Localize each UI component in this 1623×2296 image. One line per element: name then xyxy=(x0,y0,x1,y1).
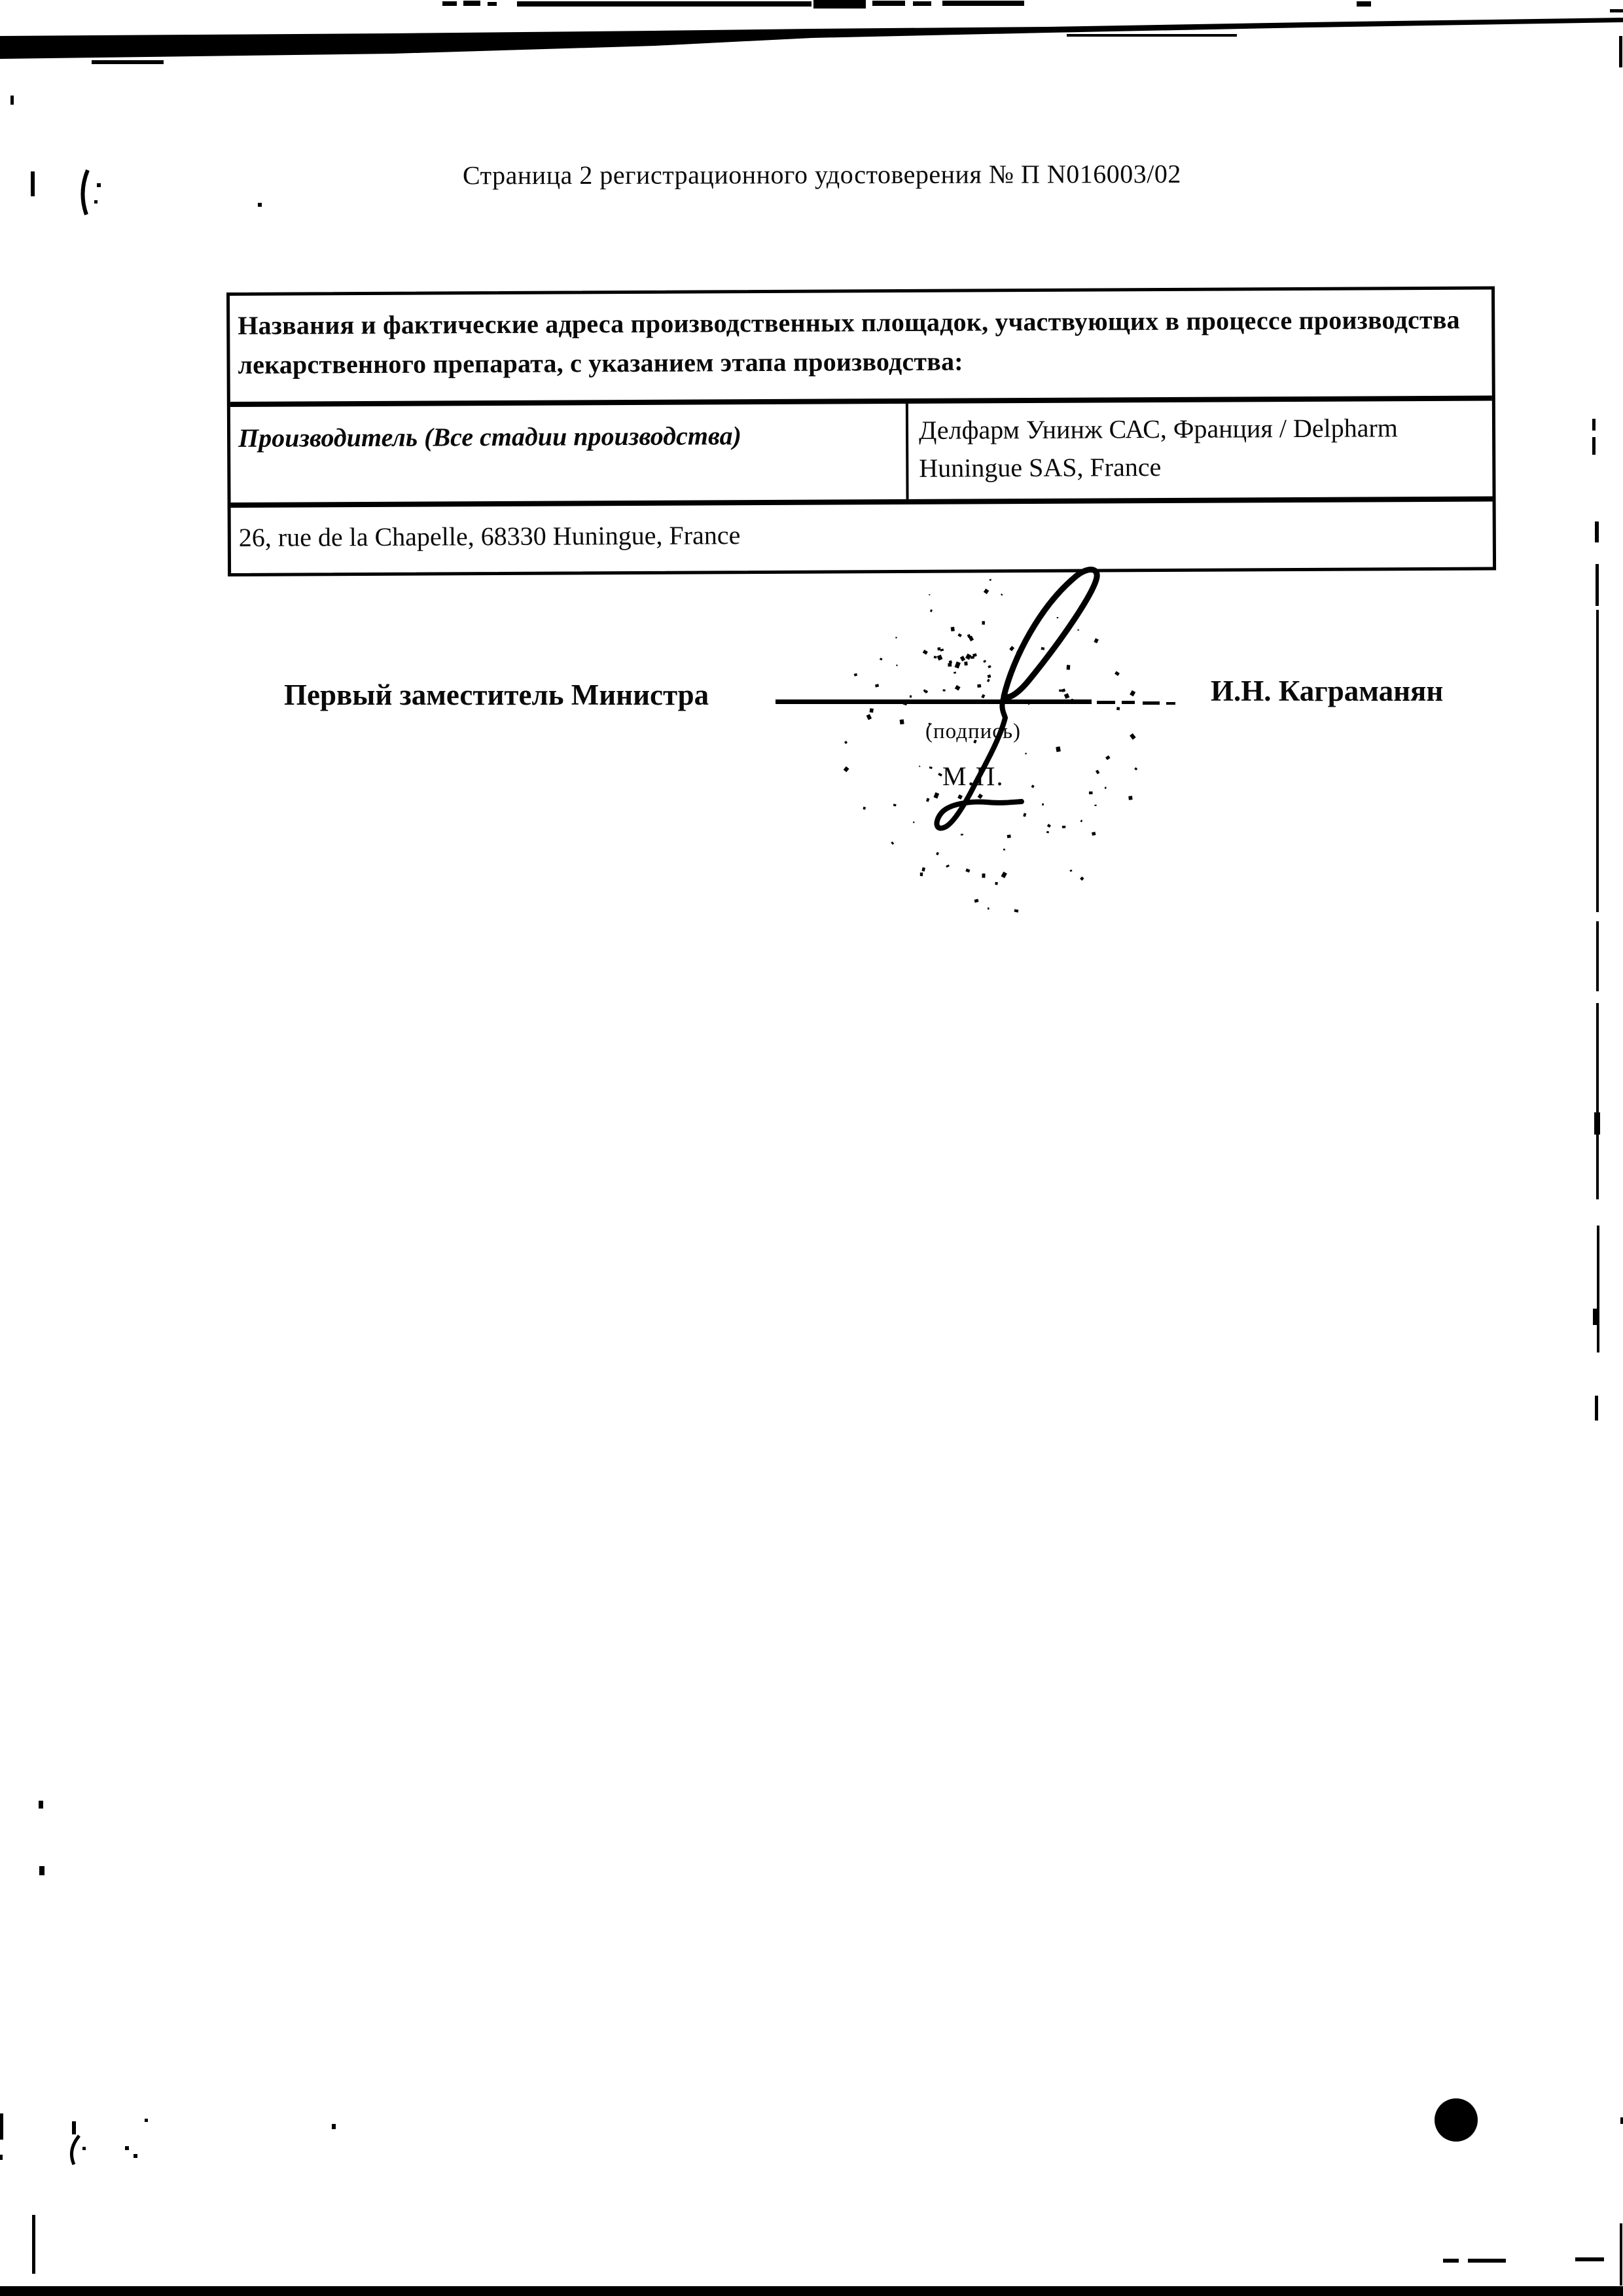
stamp-speckle xyxy=(1130,733,1136,740)
scan-mark xyxy=(1575,2257,1604,2261)
scan-mark xyxy=(942,1,1024,6)
stamp-speckle xyxy=(995,882,997,885)
stamp-speckle xyxy=(1105,755,1110,760)
stamp-speckle xyxy=(969,800,972,803)
stamp-speckle xyxy=(896,664,898,666)
stamp-speckle xyxy=(919,766,921,768)
stamp-speckle xyxy=(900,719,904,724)
scan-mark xyxy=(1596,1003,1599,1199)
bottom-scan-bar xyxy=(0,2286,1623,2296)
scan-mark xyxy=(145,2119,148,2122)
scan-mark xyxy=(39,1801,43,1809)
stamp-speckle xyxy=(1130,690,1135,696)
margin-curve-mark xyxy=(82,170,88,215)
scan-mark xyxy=(332,2124,336,2129)
signature-line-dash xyxy=(1122,701,1135,704)
manufacturing-sites-table: Названия и фактические адреса производст… xyxy=(226,287,1496,576)
stamp-speckle xyxy=(1047,824,1051,828)
stamp-speckle xyxy=(920,873,923,876)
signatory-title: Первый заместитель Министра xyxy=(284,678,709,712)
stamp-speckle xyxy=(891,841,894,845)
stamp-speckle xyxy=(1025,752,1027,754)
stamp-speckle xyxy=(957,633,961,637)
signature-caption: (подпись) xyxy=(925,720,1021,744)
stamp-speckle xyxy=(1128,796,1132,800)
stamp-speckle xyxy=(844,766,849,772)
stamp-speckle xyxy=(989,751,993,755)
scan-mark xyxy=(1592,419,1596,431)
stamp-speckle xyxy=(1077,629,1079,631)
scan-mark xyxy=(1620,2117,1623,2124)
stamp-speckle xyxy=(974,899,978,903)
stamp-speckle xyxy=(910,696,912,698)
stamp-speckle xyxy=(1001,593,1003,595)
stamp-speckle xyxy=(987,679,990,682)
stamp-speckle xyxy=(954,671,956,673)
stamp-speckle xyxy=(988,908,990,910)
producer-role-cell: Производитель (Все стадии производства) xyxy=(230,404,909,503)
stamp-speckle xyxy=(949,660,952,663)
stamp-speckle xyxy=(1062,826,1065,828)
stamp-speckle xyxy=(1027,701,1031,705)
scan-mark xyxy=(1596,921,1599,991)
stamp-speckle xyxy=(866,714,872,720)
stamp-speckle xyxy=(929,594,930,595)
signature-line-dash xyxy=(1166,702,1175,705)
stamp-speckle xyxy=(937,654,943,660)
stamp-speckle xyxy=(1007,834,1011,838)
stamp-speckle xyxy=(961,834,963,836)
stamp-speckle xyxy=(895,637,897,638)
stamp-speckle xyxy=(1116,707,1120,710)
scan-mark xyxy=(1595,521,1599,542)
stamp-speckle xyxy=(957,794,963,800)
stamp-speckle xyxy=(1079,606,1081,608)
stamp-speckle xyxy=(923,689,926,692)
stamp-speckle xyxy=(982,874,985,878)
table-row: Производитель (Все стадии производства) … xyxy=(230,401,1493,508)
scan-mark xyxy=(125,2146,129,2150)
producer-name-cell: Делфарм Унинж САС, Франция / Delpharm Hu… xyxy=(908,401,1493,499)
stamp-speckle xyxy=(990,579,991,581)
stamp-speckle xyxy=(921,867,925,872)
scanned-certificate-page: { "page": { "header_line": "Страница 2 р… xyxy=(0,0,1623,2296)
scan-mark xyxy=(92,60,164,64)
stamp-speckle xyxy=(1094,805,1096,806)
stamp-speckle xyxy=(902,700,908,705)
stamp-speckle xyxy=(988,675,991,679)
stamp-speckle xyxy=(955,685,961,691)
stamp-speckle xyxy=(1080,876,1084,880)
scan-mark xyxy=(39,1866,45,1875)
stamp-speckle xyxy=(938,773,942,777)
scan-mark xyxy=(97,183,101,187)
scan-mark xyxy=(1619,36,1622,67)
stamp-speckle xyxy=(936,852,939,855)
stamp-speckle xyxy=(948,663,952,667)
stamp-speckle xyxy=(937,647,940,650)
stamp-speckle xyxy=(955,662,961,669)
scan-mark xyxy=(1596,610,1599,912)
stamp-speckle xyxy=(1064,693,1070,699)
top-scan-band xyxy=(0,18,1623,59)
scan-mark xyxy=(1610,9,1623,12)
stamp-speckle xyxy=(1003,849,1005,851)
stamp-speckle xyxy=(1134,768,1137,771)
scan-mark xyxy=(1595,1396,1598,1421)
stamp-speckle xyxy=(875,684,879,687)
stamp-speckle xyxy=(858,699,861,702)
stamp-speckle xyxy=(1059,689,1062,692)
stamp-speckle xyxy=(844,741,847,744)
stamp-speckle xyxy=(1057,617,1058,618)
stamp-speckle xyxy=(880,658,882,660)
stamp-speckle xyxy=(983,660,986,663)
scan-mark xyxy=(0,2155,3,2160)
stamp-speckle xyxy=(1016,650,1021,654)
stamp-speckle xyxy=(977,684,981,688)
stamp-speckle xyxy=(971,656,974,659)
stamp-speckle xyxy=(982,621,984,624)
scan-mark xyxy=(913,1,931,6)
scan-mark xyxy=(258,203,262,207)
signature-line xyxy=(776,699,1092,704)
stamp-speckle xyxy=(969,635,974,641)
signature-line-dash xyxy=(1097,701,1115,704)
stamp-speckle xyxy=(934,656,937,658)
scan-mark xyxy=(1593,1309,1599,1325)
scan-mark xyxy=(134,2154,137,2158)
scan-mark xyxy=(463,1,480,6)
stamp-speckle xyxy=(1041,647,1045,650)
scan-mark xyxy=(1620,2223,1622,2286)
stamp-speckle xyxy=(930,609,933,612)
stamp-speckle xyxy=(893,804,897,806)
seal-placeholder: М.П. xyxy=(942,760,1005,792)
stamp-speckle xyxy=(951,627,955,631)
scan-mark xyxy=(872,1,905,6)
stamp-speckle xyxy=(1056,747,1061,752)
stamp-speckle xyxy=(981,694,985,699)
stamp-speckle xyxy=(940,648,944,651)
scan-mark xyxy=(1067,34,1237,37)
stamp-speckle xyxy=(965,868,970,872)
stamp-speckle xyxy=(967,634,971,638)
stamp-speckle xyxy=(926,798,929,802)
scan-mark xyxy=(10,96,14,105)
stamp-speckles xyxy=(844,579,1138,913)
stamp-speckle xyxy=(1046,831,1049,833)
stamp-speckle xyxy=(972,653,977,657)
scan-mark xyxy=(31,171,35,196)
scan-mark xyxy=(32,2215,35,2274)
stamp-speckle xyxy=(1069,870,1072,872)
stamp-speckle xyxy=(1023,813,1026,817)
stamp-speckle xyxy=(1094,638,1098,643)
stamp-speckle xyxy=(1042,804,1044,805)
stamp-speckle xyxy=(1061,688,1065,692)
stamp-speckle xyxy=(854,673,858,677)
stamp-speckle xyxy=(965,654,971,660)
scan-mark xyxy=(1594,1112,1600,1135)
scan-mark xyxy=(1596,564,1599,606)
stamp-speckle xyxy=(1031,785,1035,788)
scan-mark xyxy=(82,2147,86,2150)
scan-mark xyxy=(1468,2259,1506,2263)
stamp-speckle xyxy=(978,794,983,799)
stamp-speckle xyxy=(1071,699,1073,701)
stamp-speckle xyxy=(1067,665,1071,670)
signatory-name: И.Н. Каграманян xyxy=(1211,674,1443,708)
scan-mark xyxy=(442,1,457,6)
black-dot xyxy=(1435,2098,1478,2142)
scan-mark xyxy=(72,2121,76,2134)
stamp-speckle xyxy=(863,807,866,810)
scan-mark xyxy=(488,2,497,6)
stamp-speckle xyxy=(933,792,939,799)
stamp-speckle xyxy=(984,589,989,595)
table-header-cell: Названия и фактические адреса производст… xyxy=(230,290,1492,407)
stamp-speckle xyxy=(1092,832,1096,836)
stamp-speckle xyxy=(946,864,950,868)
stamp-speckle xyxy=(1115,671,1120,677)
stamp-speckle xyxy=(923,650,928,655)
stamp-speckle xyxy=(870,708,874,713)
stamp-speckle xyxy=(1080,820,1082,822)
stamp-speckle xyxy=(1014,909,1018,912)
stamp-speckle xyxy=(1105,786,1107,788)
scan-mark xyxy=(1443,2259,1459,2263)
stamp-speckle xyxy=(925,690,928,693)
stamp-speckle xyxy=(960,656,965,662)
scan-mark xyxy=(0,2113,3,2140)
scan-mark xyxy=(813,0,866,9)
stamp-speckle xyxy=(964,662,968,665)
scan-mark xyxy=(1597,1226,1599,1352)
signature-line-dash xyxy=(1143,701,1160,705)
margin-curve-mark xyxy=(71,2136,79,2164)
page-header: Страница 2 регистрационного удостоверени… xyxy=(463,158,1313,191)
stamp-speckle xyxy=(1001,872,1007,878)
scan-mark xyxy=(1592,437,1596,455)
scan-mark xyxy=(94,200,98,203)
producer-address-cell: 26, rue de la Chapelle, 68330 Huningue, … xyxy=(231,502,1493,573)
scan-mark xyxy=(1357,1,1371,7)
stamp-speckle xyxy=(1032,673,1037,678)
stamp-speckle xyxy=(1096,769,1099,774)
stamp-speckle xyxy=(913,821,915,823)
stamp-speckle xyxy=(1089,792,1093,794)
stamp-speckle xyxy=(1009,646,1014,651)
stamp-speckle xyxy=(929,766,933,769)
stamp-speckle xyxy=(988,665,991,668)
scan-mark xyxy=(517,1,811,7)
stamp-speckle xyxy=(943,689,946,691)
